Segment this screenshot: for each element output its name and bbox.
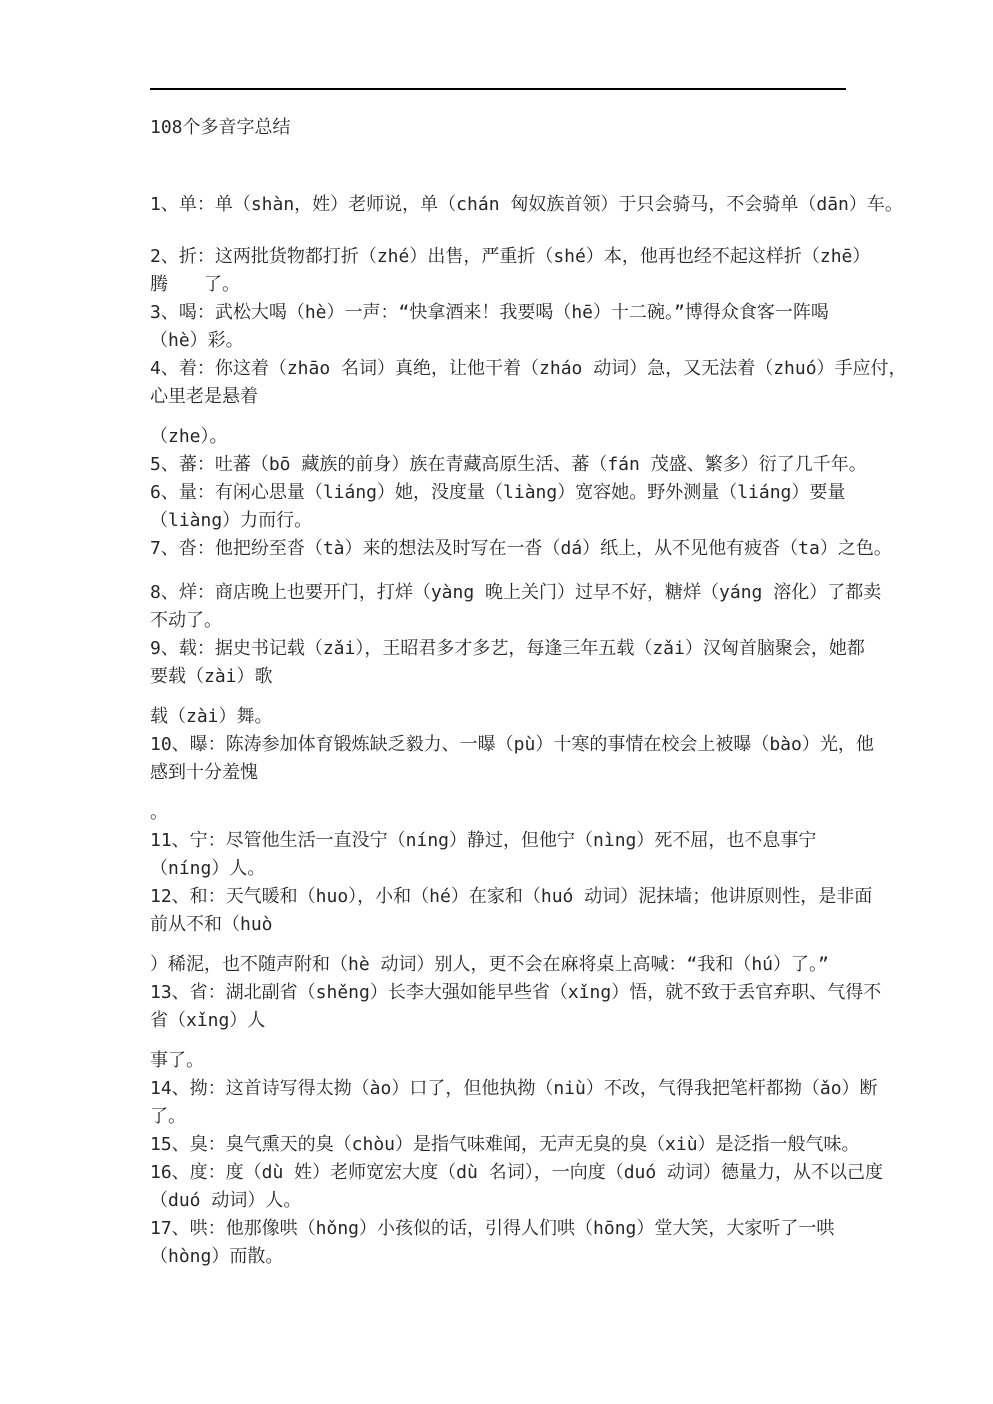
text-line: 14、拗：这首诗写得太拗（ào）口了，但他执拗（niù）不改，气得我把笔杆都拗（… [150, 1075, 860, 1103]
text-line: 11、宁：尽管他生活一直没宁（níng）静过，但他宁（nìng）死不屈，也不息事… [150, 827, 860, 855]
text-line: 了。 [150, 1103, 860, 1131]
text-line: （hòng）而散。 [150, 1243, 860, 1271]
document-content: 108个多音字总结 1、单：单（shàn，姓）老师说，单（chán 匈奴族首领）… [150, 114, 860, 1271]
text-line: 15、臭：臭气熏天的臭（chòu）是指气味难闻，无声无臭的臭（xiù）是泛指一般… [150, 1131, 860, 1159]
text-line: 腾 了。 [150, 271, 860, 299]
header-rule-divider [150, 88, 846, 90]
text-line: 2、折：这两批货物都打折（zhé）出售，严重折（shé）本，他再也经不起这样折（… [150, 243, 860, 271]
text-line: 10、曝：陈涛参加体育锻炼缺乏毅力、一曝（pù）十寒的事情在校会上被曝（bào）… [150, 731, 860, 759]
text-line: 16、度：度（dù 姓）老师宽宏大度（dù 名词），一向度（duó 动词）德量力… [150, 1159, 860, 1187]
text-line: 事了。 [150, 1047, 860, 1075]
text-line: 。 [150, 799, 860, 827]
text-line: 13、省：湖北副省（shěng）长李大强如能早些省（xǐng）悟，就不致于丢官弃… [150, 979, 860, 1007]
text-line: （hè）彩。 [150, 327, 860, 355]
text-line: 要载（zài）歌 [150, 663, 860, 691]
text-line: 9、载：据史书记载（zǎi），王昭君多才多艺，每逢三年五载（zǎi）汉匈首脑聚会… [150, 635, 860, 663]
text-line: 12、和：天气暖和（huo），小和（hé）在家和（huó 动词）泥抹墙；他讲原则… [150, 883, 860, 911]
text-line: 8、烊：商店晚上也要开门，打烊（yàng 晚上关门）过早不好，糖烊（yáng 溶… [150, 579, 860, 607]
text-line: 3、喝：武松大喝（hè）一声：“快拿酒来！我要喝（hē）十二碗。”博得众食客一阵… [150, 299, 860, 327]
document-body: 1、单：单（shàn，姓）老师说，单（chán 匈奴族首领）于只会骑马，不会骑单… [150, 191, 860, 1271]
text-line: 心里老是悬着 [150, 383, 860, 411]
text-line: （zhe）。 [150, 423, 860, 451]
text-line: 6、量：有闲心思量（liáng）她，没度量（liàng）宽容她。野外测量（liá… [150, 479, 860, 507]
text-line: 5、蕃：吐蕃（bō 藏族的前身）族在青藏高原生活、蕃（fán 茂盛、繁多）衍了几… [150, 451, 860, 479]
text-line: （liàng）力而行。 [150, 507, 860, 535]
document-title: 108个多音字总结 [150, 114, 860, 142]
text-line: （níng）人。 [150, 855, 860, 883]
text-line: 4、着：你这着（zhāo 名词）真绝，让他干着（zháo 动词）急，又无法着（z… [150, 355, 860, 383]
text-line: ）稀泥，也不随声附和（hè 动词）别人，更不会在麻将桌上高喊：“我和（hú）了。… [150, 951, 860, 979]
document-page: 108个多音字总结 1、单：单（shàn，姓）老师说，单（chán 匈奴族首领）… [0, 0, 993, 1404]
text-line: （duó 动词）人。 [150, 1187, 860, 1215]
text-line: 载（zài）舞。 [150, 703, 860, 731]
text-line: 省（xǐng）人 [150, 1007, 860, 1035]
text-line: 7、沓：他把纷至沓（tà）来的想法及时写在一沓（dá）纸上，从不见他有疲沓（ta… [150, 535, 860, 563]
text-line: 不动了。 [150, 607, 860, 635]
text-line: 17、哄：他那像哄（hǒng）小孩似的话，引得人们哄（hōng）堂大笑，大家听了… [150, 1215, 860, 1243]
text-line: 感到十分羞愧 [150, 759, 860, 787]
text-line: 前从不和（huò [150, 911, 860, 939]
text-line: 1、单：单（shàn，姓）老师说，单（chán 匈奴族首领）于只会骑马，不会骑单… [150, 191, 860, 219]
